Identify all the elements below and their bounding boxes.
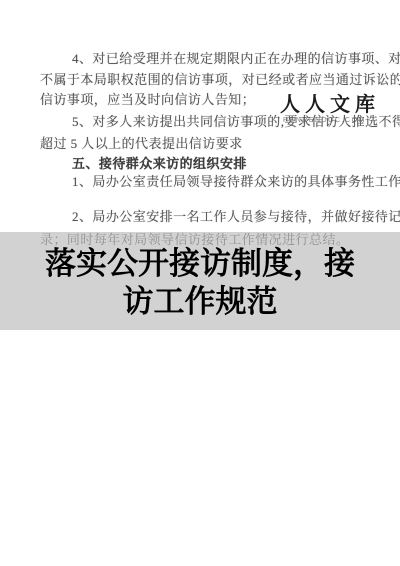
watermark-url-text: RENRENDOC.COM	[283, 117, 380, 124]
doc-line: 超过 5 人以上的代表提出信访要求	[40, 137, 243, 151]
doc-line: 不属于本局职权范围的信访事项，对已经或者应当通过诉讼的	[40, 73, 400, 87]
watermark-logo-text: 人人文库	[280, 95, 380, 116]
blank-area	[0, 330, 400, 566]
doc-line: 4、对已给受理并在规定期限内正在办理的信访事项、对	[72, 52, 400, 66]
doc-line: 信访事项，应当及时向信访人告知；	[40, 93, 255, 107]
headline-band: 录；同时每年对局领导信访接待工作情况进行总结。 落实公开接访制度，接 访工作规范	[0, 232, 400, 330]
page-title: 落实公开接访制度，接 访工作规范	[0, 245, 400, 321]
page-title-line-1: 落实公开接访制度，接	[0, 245, 400, 283]
doc-line: 2、局办公室安排一名工作人员参与接待，并做好接待记	[72, 210, 400, 224]
watermark: 人人文库 RENRENDOC.COM	[280, 95, 380, 124]
document-page: 4、对已给受理并在规定期限内正在办理的信访事项、对 不属于本局职权范围的信访事项…	[0, 0, 400, 566]
doc-line: 1、局办公室责任局领导接待群众来访的具体事务性工作、	[72, 175, 400, 189]
page-title-line-2: 访工作规范	[0, 283, 400, 321]
doc-section-heading: 五、接待群众来访的组织安排	[72, 157, 247, 171]
